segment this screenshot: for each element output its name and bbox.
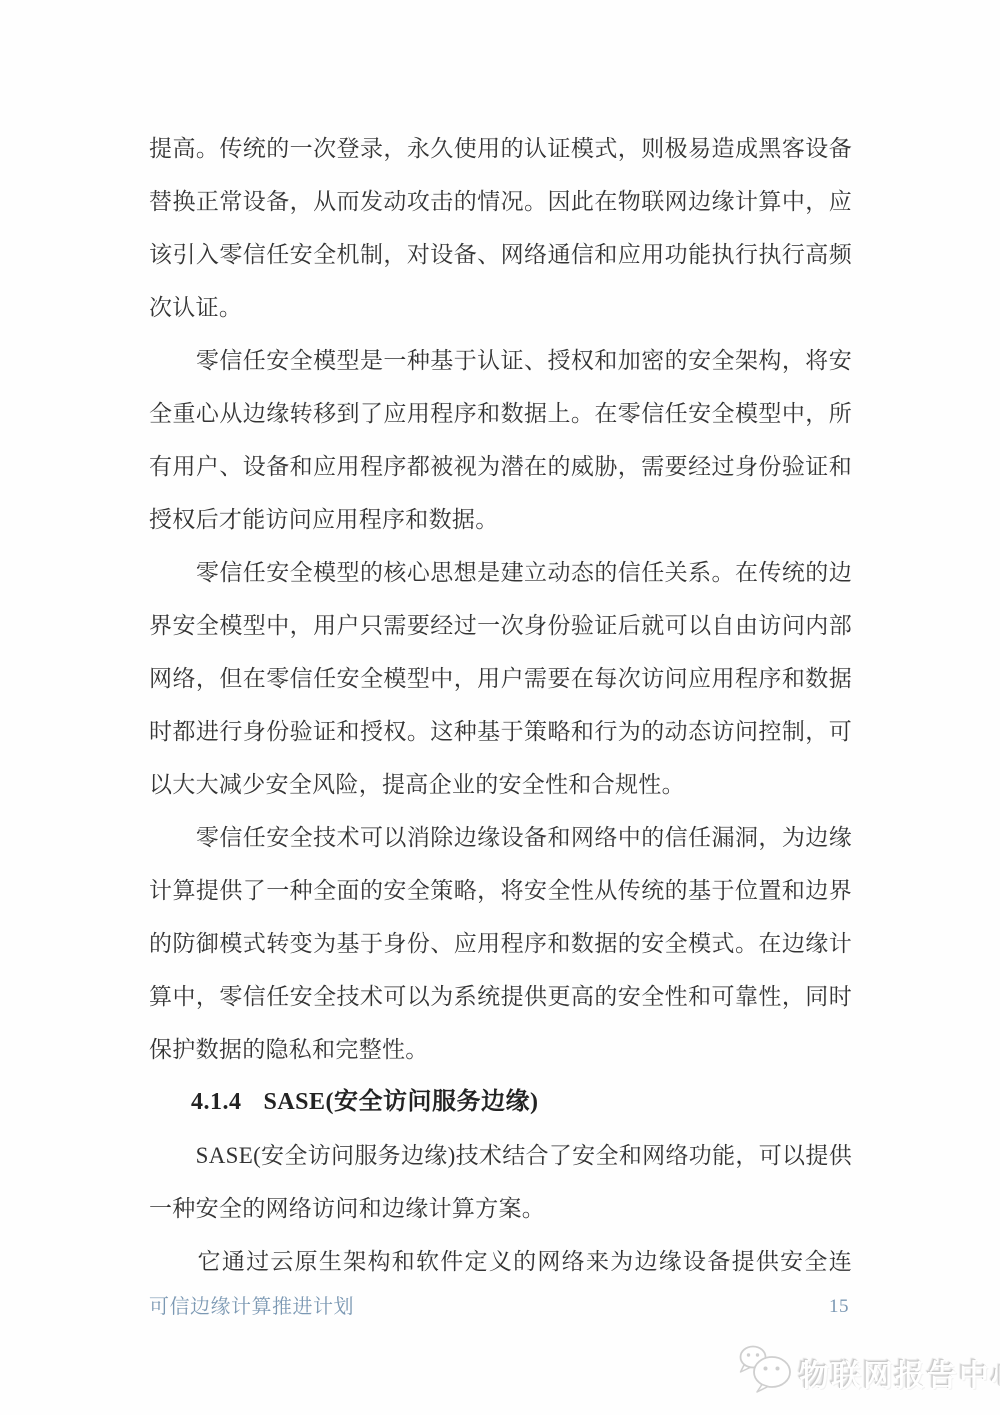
section-heading-title: SASE(安全访问服务边缘) bbox=[264, 1089, 539, 1115]
body-text-line: 替换正常设备，从而发动攻击的情况。因此在物联网边缘计算中，应 bbox=[149, 175, 852, 228]
body-text-line: 时都进行身份验证和授权。这种基于策略和行为的动态访问控制，可 bbox=[149, 705, 852, 758]
body-text-line: 算中，零信任安全技术可以为系统提供更高的安全性和可靠性，同时 bbox=[149, 970, 852, 1023]
body-text-line: 次认证。 bbox=[149, 281, 852, 334]
body-text-line: 该引入零信任安全机制，对设备、网络通信和应用功能执行执行高频 bbox=[149, 228, 852, 281]
body-text-line: 网络，但在零信任安全模型中，用户需要在每次访问应用程序和数据 bbox=[149, 652, 852, 705]
body-text-line: 有用户、设备和应用程序都被视为潜在的威胁，需要经过身份验证和 bbox=[149, 440, 852, 493]
document-page: 提高。传统的一次登录，永久使用的认证模式，则极易造成黑客设备 替换正常设备，从而… bbox=[0, 0, 1000, 1415]
section-heading-number: 4.1.4 bbox=[191, 1089, 242, 1115]
body-text-line: 提高。传统的一次登录，永久使用的认证模式，则极易造成黑客设备 bbox=[149, 122, 852, 175]
wechat-logo-icon bbox=[738, 1344, 794, 1401]
body-text-line: 计算提供了一种全面的安全策略，将安全性从传统的基于位置和边界 bbox=[149, 864, 852, 917]
footer-document-title: 可信边缘计算推进计划 bbox=[149, 1292, 354, 1322]
body-text-line: 全重心从边缘转移到了应用程序和数据上。在零信任安全模型中，所 bbox=[149, 387, 852, 440]
body-text-line: 它通过云原生架构和软件定义的网络来为边缘设备提供安全连 bbox=[149, 1235, 852, 1288]
body-text-line: SASE(安全访问服务边缘)技术结合了安全和网络功能，可以提供 bbox=[149, 1129, 852, 1182]
page-footer: 可信边缘计算推进计划 15 bbox=[149, 1292, 852, 1322]
body-text-block: 提高。传统的一次登录，永久使用的认证模式，则极易造成黑客设备 替换正常设备，从而… bbox=[149, 122, 852, 1288]
body-text-line: 保护数据的隐私和完整性。 bbox=[149, 1023, 852, 1076]
watermark-text: 物联网报告中心 bbox=[799, 1351, 1000, 1395]
body-text-line: 零信任安全模型是一种基于认证、授权和加密的安全架构，将安 bbox=[149, 334, 852, 387]
body-text-line: 界安全模型中，用户只需要经过一次身份验证后就可以自由访问内部 bbox=[149, 599, 852, 652]
body-text-line: 一种安全的网络访问和边缘计算方案。 bbox=[149, 1182, 852, 1235]
section-heading: 4.1.4SASE(安全访问服务边缘) bbox=[149, 1076, 852, 1129]
watermark: 物联网报告中心 bbox=[738, 1344, 1000, 1401]
body-text-line: 零信任安全技术可以消除边缘设备和网络中的信任漏洞，为边缘 bbox=[149, 811, 852, 864]
page-number: 15 bbox=[829, 1292, 852, 1322]
body-text-line: 授权后才能访问应用程序和数据。 bbox=[149, 493, 852, 546]
body-text-line: 的防御模式转变为基于身份、应用程序和数据的安全模式。在边缘计 bbox=[149, 917, 852, 970]
body-text-line: 以大大减少安全风险，提高企业的安全性和合规性。 bbox=[149, 758, 852, 811]
body-text-line: 零信任安全模型的核心思想是建立动态的信任关系。在传统的边 bbox=[149, 546, 852, 599]
